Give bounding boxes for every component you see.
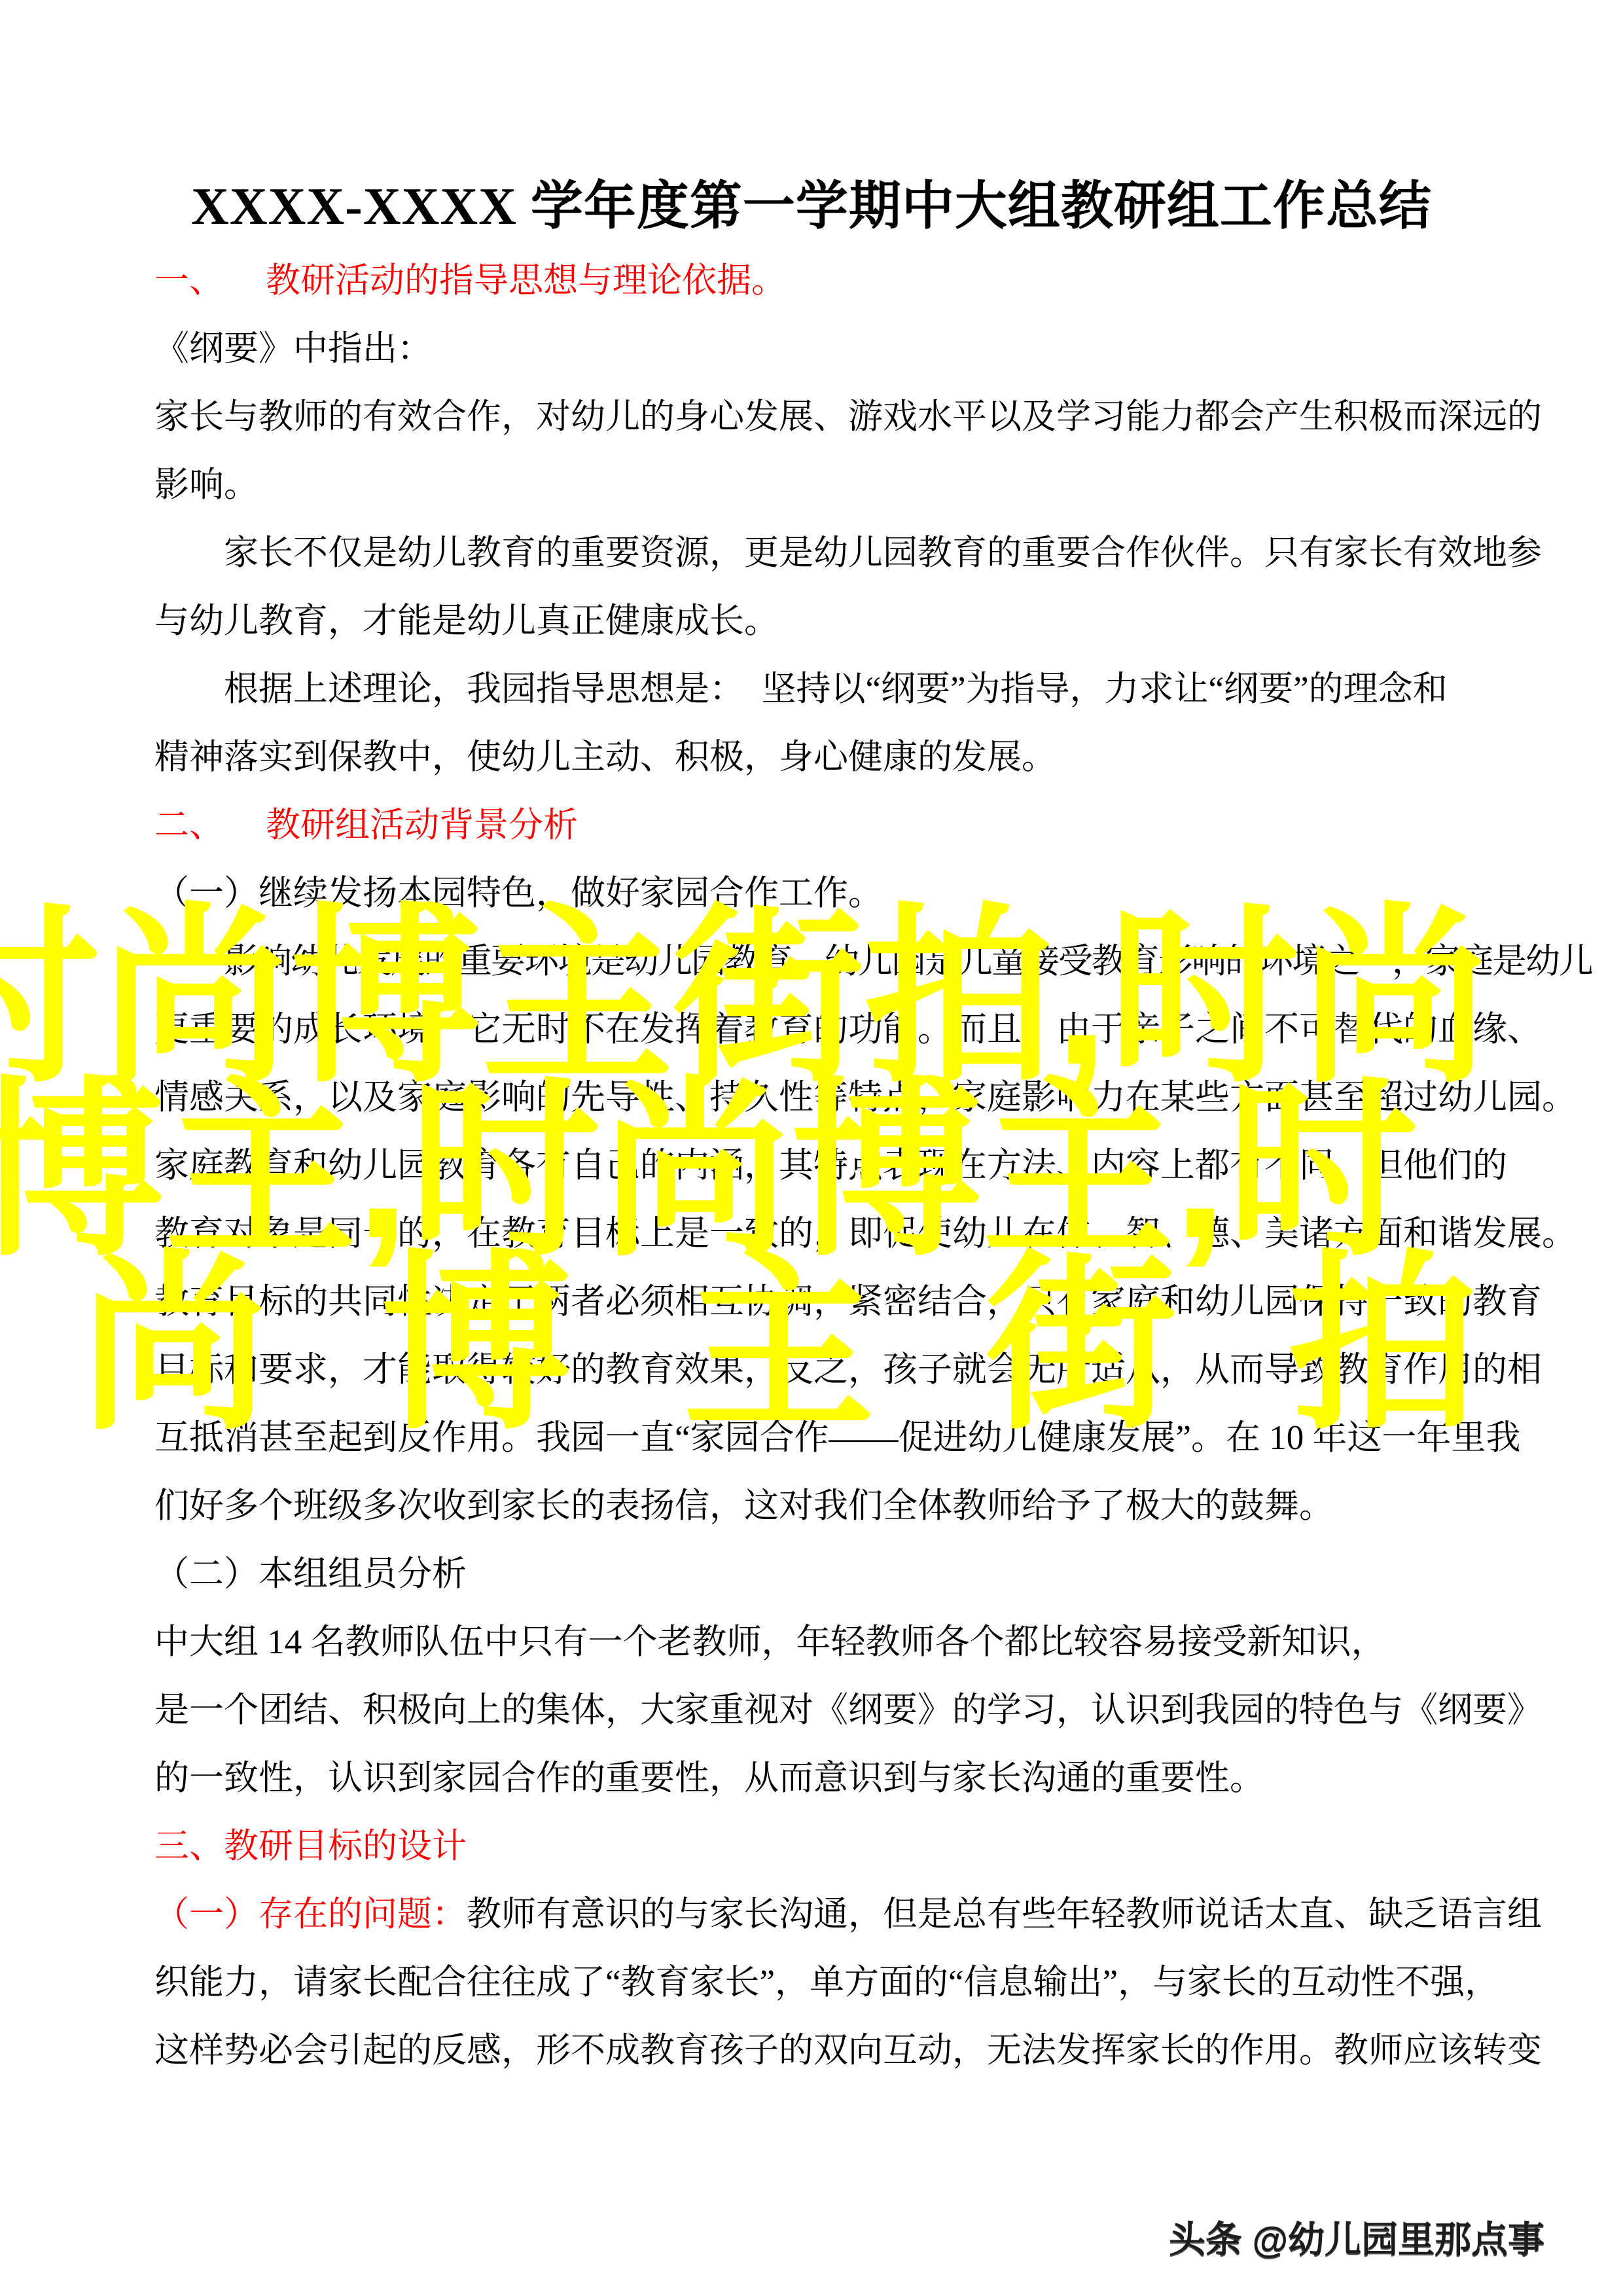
paragraph-line: 精神落实到保教中，使幼儿主动、积极，身心健康的发展。 [154, 738, 1056, 777]
section-heading-3: 三、教研目标的设计 [154, 1827, 467, 1866]
paragraph-line: 影响。 [154, 466, 259, 505]
paragraph-line: 根据上述理论，我园指导思想是： 坚持以“纲要”为指导，力求让“纲要”的理念和 [224, 670, 1448, 709]
paragraph-line: 《纲要》中指出： [154, 330, 432, 368]
section-number: 二、 [154, 806, 266, 845]
paragraph-line: 织能力，请家长配合往往成了“教育家长”，单方面的“信息输出”，与家长的互动性不强… [154, 1964, 1499, 2002]
subsection-label-red: （一）存在的问题： [154, 1895, 467, 1933]
section-heading-text: 教研组活动背景分析 [266, 806, 578, 844]
section-heading-1: 一、教研活动的指导思想与理论依据。 [154, 262, 786, 300]
paragraph-line: （一）存在的问题：教师有意识的与家长沟通，但是总有些年轻教师说话太直、缺乏语言组 [154, 1895, 1542, 1934]
paragraph-line: 们好多个班级多次收到家长的表扬信，这对我们全体教师给予了极大的鼓舞。 [154, 1487, 1334, 1526]
document-page: XXXX-XXXX 学年度第一学期中大组教研组工作总结 一、教研活动的指导思想与… [0, 0, 1623, 2296]
paragraph-line: 与幼儿教育，才能是幼儿真正健康成长。 [154, 602, 779, 641]
paragraph-line: 中大组 14 名教师队伍中只有一个老教师，年轻教师各个都比较容易接受新知识， [154, 1623, 1386, 1662]
paragraph-line: 家长与教师的有效合作，对幼儿的身心发展、游戏水平以及学习能力都会产生积极而深远的 [154, 398, 1542, 437]
section-heading-2: 二、教研组活动背景分析 [154, 806, 578, 845]
subsection-heading: （二）本组组员分析 [154, 1555, 467, 1594]
paragraph-line: 是一个团结、积极向上的集体，大家重视对《纲要》的学习，认识到我园的特色与《纲要》 [154, 1691, 1542, 1730]
paragraph-line: 的一致性，认识到家园合作的重要性，从而意识到与家长沟通的重要性。 [154, 1759, 1264, 1798]
paragraph-line: 家长不仅是幼儿教育的重要资源，更是幼儿园教育的重要合作伙伴。只有家长有效地参 [224, 534, 1542, 573]
toutiao-stamp: 头条 @幼儿园里那点事 [1169, 2211, 1544, 2263]
paragraph-line: 这样势必会引起的反感，形不成教育孩子的双向互动，无法发挥家长的作用。教师应该转变 [154, 2032, 1542, 2070]
paragraph-text: 教师有意识的与家长沟通，但是总有些年轻教师说话太直、缺乏语言组 [467, 1895, 1542, 1933]
document-title: XXXX-XXXX 学年度第一学期中大组教研组工作总结 [0, 164, 1623, 239]
section-number: 一、 [154, 262, 266, 300]
watermark-line-3: 尚博主街拍 [79, 1249, 1590, 1440]
section-heading-text: 教研活动的指导思想与理论依据。 [266, 262, 786, 300]
